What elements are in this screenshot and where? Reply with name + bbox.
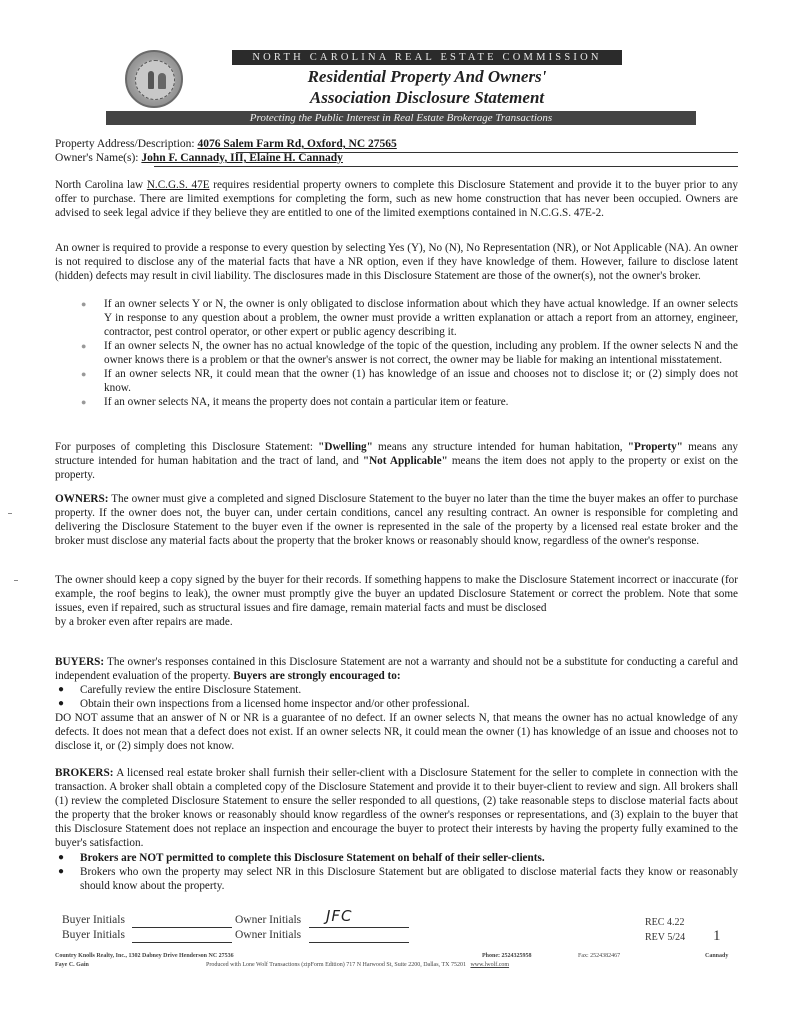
list-item: ●If an owner selects NA, it means the pr… <box>55 395 738 409</box>
bullet-icon: ● <box>81 367 86 381</box>
bullet-text: If an owner selects N, the owner has no … <box>104 340 738 366</box>
bullet-icon: ● <box>58 683 64 697</box>
nc-state-seal-icon <box>125 50 183 108</box>
buyer-initials-field-2[interactable] <box>132 942 232 943</box>
owner-name-value[interactable]: John F. Cannady, III, Elaine H. Cannady <box>141 152 343 164</box>
intro-text-pre: North Carolina law <box>55 179 147 191</box>
property-address-label: Property Address/Description: <box>55 138 195 150</box>
term-dwelling: "Dwelling" <box>318 441 373 453</box>
brokers-paragraph: BROKERS: A licensed real estate broker s… <box>55 766 738 850</box>
intro-paragraph-law: North Carolina law N.C.G.S. 47E requires… <box>55 178 738 220</box>
bullet-icon: ● <box>81 297 86 311</box>
owner-initials-label-1: Owner Initials <box>235 914 301 926</box>
footer-phone: Phone: 2524325958 <box>482 953 532 959</box>
page-number: 1 <box>713 928 721 945</box>
broker-rules-list: ●Brokers are NOT permitted to complete t… <box>55 851 738 893</box>
buyer-initials-label-2: Buyer Initials <box>62 929 125 941</box>
bullet-text: If an owner selects NA, it means the pro… <box>104 396 508 408</box>
form-title-line1: Residential Property And Owners' <box>232 67 622 87</box>
company-address: Country Knolls Realty, Inc., 1302 Dabney… <box>55 953 234 959</box>
phone-number: Phone: 2524325958 <box>482 953 532 959</box>
footer-file: Cannady <box>705 953 728 959</box>
list-item: ●If an owner selects NR, it could mean t… <box>55 367 738 395</box>
owner-name-underline <box>154 166 738 167</box>
term-not-applicable: "Not Applicable" <box>363 455 448 467</box>
seal-figure-right <box>158 73 166 89</box>
list-item: ●Carefully review the entire Disclosure … <box>55 683 738 697</box>
owner-name-label: Owner's Name(s): <box>55 152 139 164</box>
footer-agent: Faye C. Gain <box>55 962 89 968</box>
brokers-text: A licensed real estate broker shall furn… <box>55 767 738 849</box>
owner-initials-label-2: Owner Initials <box>235 929 301 941</box>
buyers-paragraph: BUYERS: The owner's responses contained … <box>55 655 738 683</box>
intro-paragraph-responses: An owner is required to provide a respon… <box>55 241 738 283</box>
bullet-icon: ● <box>81 395 86 409</box>
commission-banner: NORTH CAROLINA REAL ESTATE COMMISSION <box>232 50 622 65</box>
scan-margin-mark <box>8 513 12 514</box>
bullet-icon: ● <box>58 851 64 865</box>
form-title-line2: Association Disclosure Statement <box>232 88 622 108</box>
definitions-paragraph: For purposes of completing this Disclosu… <box>55 440 738 482</box>
owner-initials-field-1[interactable] <box>309 927 409 928</box>
owner-name-row: Owner's Name(s): John F. Cannady, III, E… <box>55 152 343 164</box>
list-item: ●If an owner selects N, the owner has no… <box>55 339 738 367</box>
list-item: ●Brokers who own the property may select… <box>55 865 738 893</box>
bullet-icon: ● <box>58 697 64 711</box>
brokers-heading: BROKERS: <box>55 767 113 779</box>
bullet-text: If an owner selects Y or N, the owner is… <box>104 298 738 338</box>
footer-company: Country Knolls Realty, Inc., 1302 Dabney… <box>55 953 234 959</box>
fax-number: Fax: 2524382467 <box>578 953 620 959</box>
term-property: "Property" <box>628 441 683 453</box>
buyer-initials-field-1[interactable] <box>132 927 232 928</box>
owners-paragraph: OWNERS: The owner must give a completed … <box>55 492 738 548</box>
owners-heading: OWNERS: <box>55 493 108 505</box>
owner-initials-field-2[interactable] <box>309 942 409 943</box>
bullet-icon: ● <box>58 865 64 879</box>
definitions-intro: For purposes of completing this Disclosu… <box>55 441 318 453</box>
bullet-text: Obtain their own inspections from a lice… <box>80 698 470 710</box>
owner-copy-paragraph: The owner should keep a copy signed by t… <box>55 573 738 629</box>
lwolf-website-link[interactable]: www.lwolf.com <box>470 962 509 968</box>
def-dwelling: means any structure intended for human h… <box>373 441 628 453</box>
agent-name: Faye C. Gain <box>55 962 89 968</box>
bullet-text: Carefully review the entire Disclosure S… <box>80 684 301 696</box>
response-options-list: ●If an owner selects Y or N, the owner i… <box>55 297 738 409</box>
bullet-text: Brokers are NOT permitted to complete th… <box>80 852 545 864</box>
bullet-text: Brokers who own the property may select … <box>80 866 738 892</box>
list-item: ●If an owner selects Y or N, the owner i… <box>55 297 738 339</box>
owner-initials-handwritten: JFC <box>326 907 353 925</box>
footer-fax: Fax: 2524382467 <box>578 953 620 959</box>
owner-copy-text-2: by a broker even after repairs are made. <box>55 616 233 628</box>
bullet-icon: ● <box>81 339 86 353</box>
seal-figure-left <box>148 71 154 89</box>
buyers-warning-paragraph: DO NOT assume that an answer of N or NR … <box>55 711 738 753</box>
owner-copy-text: The owner should keep a copy signed by t… <box>55 574 738 614</box>
buyers-heading: BUYERS: <box>55 656 104 668</box>
rec-code: REC 4.22 <box>645 917 684 928</box>
footer-produced: Produced with Lone Wolf Transactions (zi… <box>206 962 509 968</box>
bullet-text: If an owner selects NR, it could mean th… <box>104 368 738 394</box>
property-address-value[interactable]: 4076 Salem Farm Rd, Oxford, NC 27565 <box>197 138 396 150</box>
list-item: ●Brokers are NOT permitted to complete t… <box>55 851 738 865</box>
ncgs-47e-link[interactable]: N.C.G.S. 47E <box>147 179 210 191</box>
buyer-recommendations-list: ●Carefully review the entire Disclosure … <box>55 683 738 711</box>
property-address-row: Property Address/Description: 4076 Salem… <box>55 138 397 150</box>
file-name: Cannady <box>705 953 728 959</box>
tagline-banner: Protecting the Public Interest in Real E… <box>106 111 696 125</box>
scan-margin-mark <box>14 580 18 581</box>
rev-code: REV 5/24 <box>645 932 685 943</box>
buyers-encouraged: Buyers are strongly encouraged to: <box>233 670 400 682</box>
produced-by-text: Produced with Lone Wolf Transactions (zi… <box>206 962 466 968</box>
buyer-initials-label-1: Buyer Initials <box>62 914 125 926</box>
list-item: ●Obtain their own inspections from a lic… <box>55 697 738 711</box>
seal-inner <box>135 60 175 100</box>
owners-text: The owner must give a completed and sign… <box>55 493 738 547</box>
